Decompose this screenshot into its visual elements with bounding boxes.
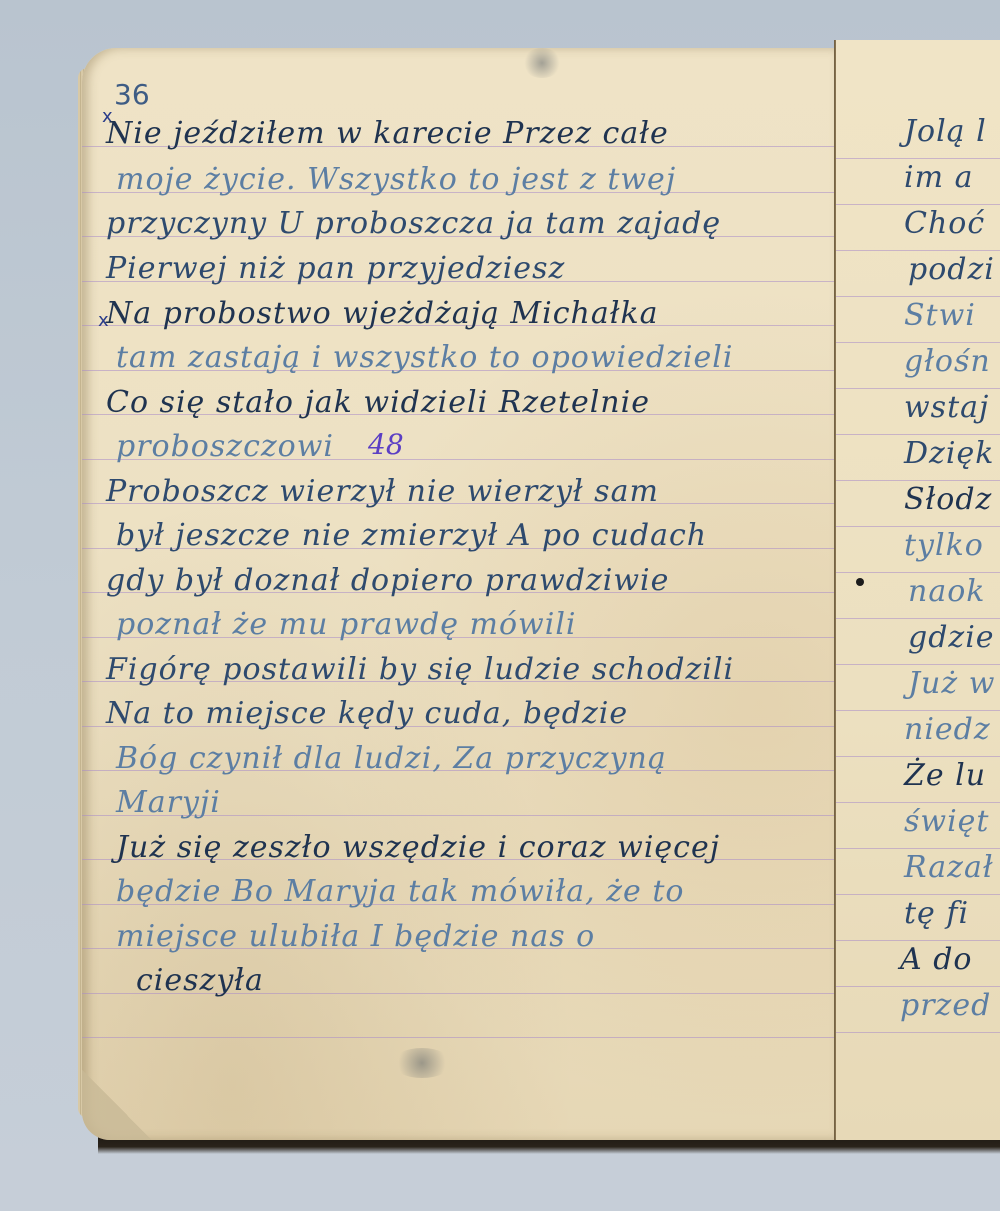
text-line: poznał że mu prawdę mówili <box>116 607 577 643</box>
text-line: Choć <box>904 206 985 242</box>
text-line: Stwi <box>904 298 976 334</box>
text-line: podzi <box>908 252 995 288</box>
notebook: 36 x x Nie jeździłem w karecie Przez cał… <box>82 40 1000 1148</box>
text-line: Słodz <box>904 482 992 518</box>
text-line: moje życie. Wszystko to jest z twej <box>116 162 676 198</box>
text-line: miejsce ulubiła I będzie nas o <box>116 919 595 955</box>
text-line: Na to miejsce kędy cuda, będzie <box>106 696 628 732</box>
text-line: był jeszcze nie zmierzył A po cudach <box>116 518 707 554</box>
text-line: głośn <box>904 344 991 380</box>
dog-eared-corner <box>82 1070 152 1140</box>
text-line: będzie Bo Maryja tak mówiła, że to <box>116 874 684 910</box>
text-line: Już się zeszło wszędzie i coraz więcej <box>116 830 720 866</box>
text-line: proboszczowi <box>116 429 334 465</box>
left-page: 36 x x Nie jeździłem w karecie Przez cał… <box>82 48 834 1140</box>
text-line: Na probostwo wjeżdżają Michałka <box>106 296 659 332</box>
text-line: tylko <box>904 528 984 564</box>
text-line: cieszyła <box>136 963 264 999</box>
page-number: 36 <box>114 78 150 111</box>
text-line: Razał <box>904 850 994 886</box>
text-line: Nie jeździłem w karecie Przez całe <box>106 116 669 152</box>
ink-smudge <box>522 48 562 78</box>
text-line: niedz <box>904 712 991 748</box>
text-line: Bóg czynił dla ludzi, Za przyczyną <box>116 741 667 777</box>
right-page: Jolą l im a Choć podzi Stwi głośn wstaj … <box>836 40 1000 1140</box>
ink-smudge <box>392 1048 452 1078</box>
ink-dot <box>856 578 864 586</box>
text-line: tę fi <box>904 896 969 932</box>
text-line: wstaj <box>904 390 989 426</box>
text-line: Proboszcz wierzył nie wierzył sam <box>106 474 659 510</box>
text-line: gdzie <box>908 620 995 656</box>
text-line: Jolą l <box>904 114 987 150</box>
violet-annotation: 48 <box>368 428 404 461</box>
text-line: Maryji <box>116 785 221 821</box>
text-line: Figórę postawili by się ludzie schodzili <box>106 652 734 688</box>
text-line: im a <box>904 160 973 196</box>
text-line: przyczyny U proboszcza ja tam zajadę <box>106 206 721 242</box>
text-line: Dzięk <box>904 436 994 472</box>
text-line: Co się stało jak widzieli Rzetelnie <box>106 385 650 421</box>
text-line: przed <box>900 988 991 1024</box>
text-line: święt <box>904 804 989 840</box>
text-line: tam zastają i wszystko to opowiedzieli <box>116 340 733 376</box>
text-line: Pierwej niż pan przyjedziesz <box>106 251 565 287</box>
text-line: Że lu <box>904 758 986 794</box>
text-line: A do <box>900 942 972 978</box>
text-line: Już w <box>908 666 995 702</box>
text-line: naok <box>908 574 985 610</box>
text-line: gdy był doznał dopiero prawdziwie <box>106 563 669 599</box>
